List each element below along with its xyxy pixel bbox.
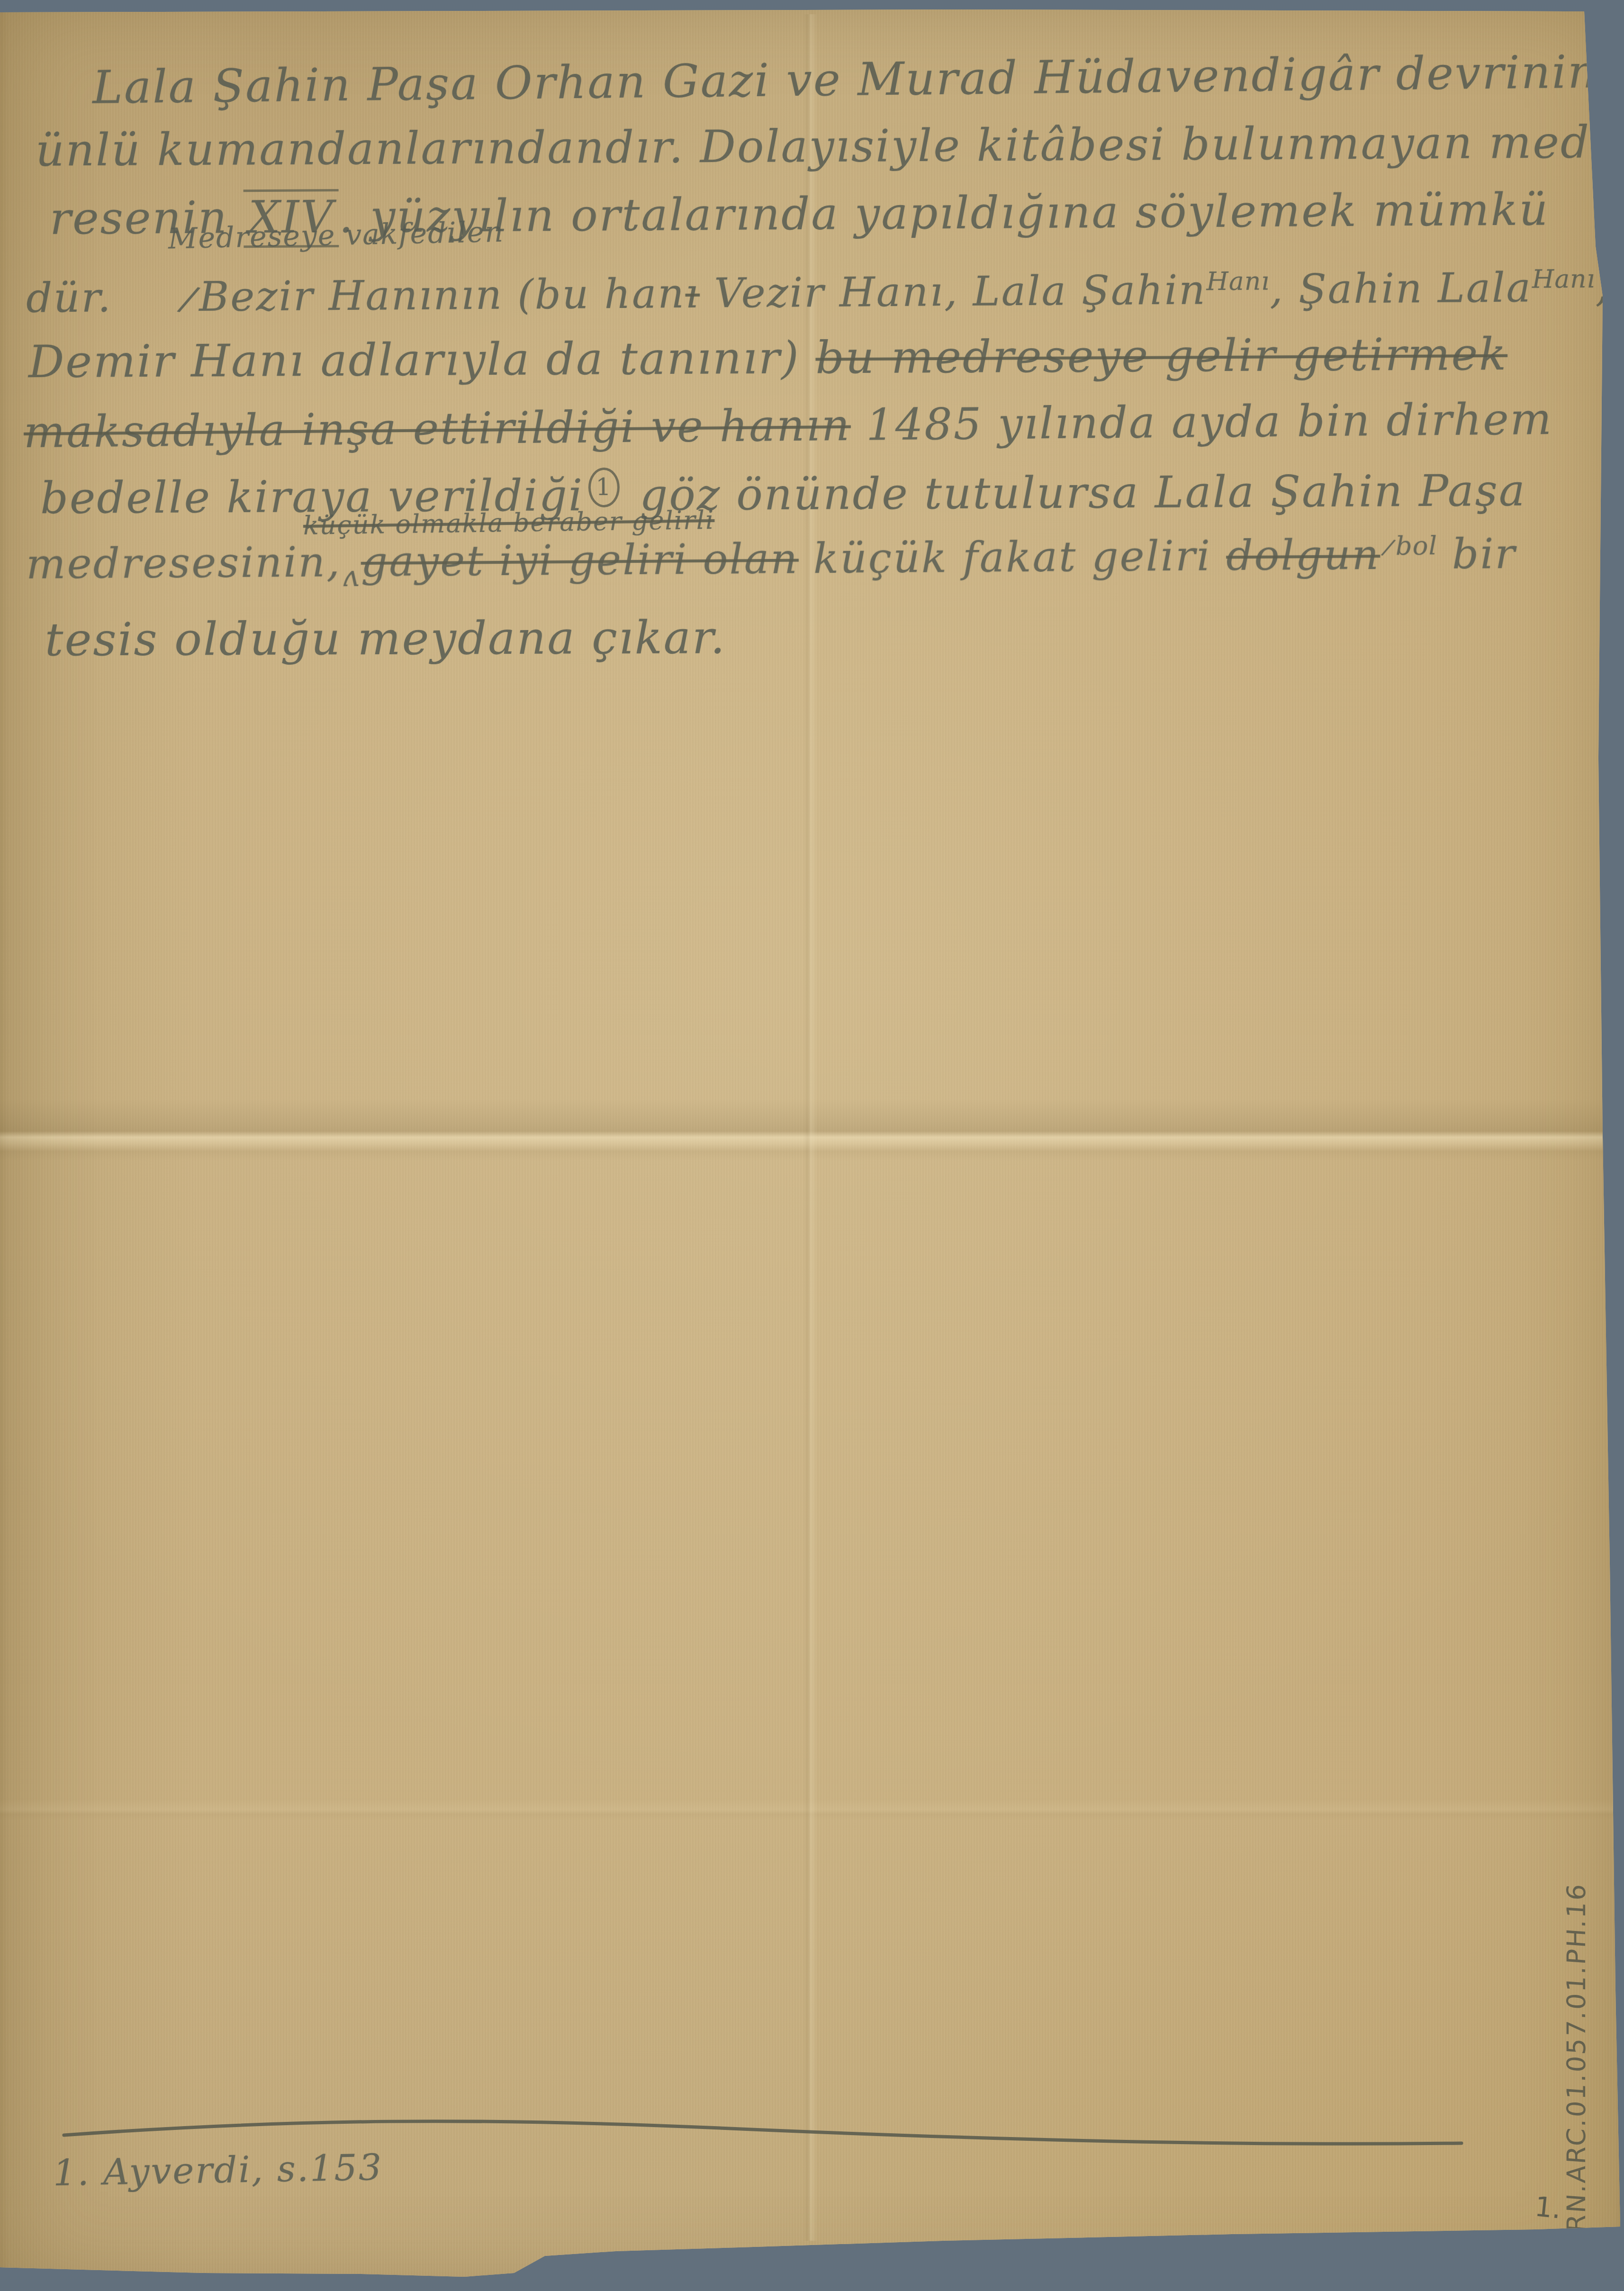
- line-text: tesis olduğu meydana çıkar.: [45, 611, 726, 666]
- line-text: göz önünde tutulursa Lala Şahin Paşa: [624, 465, 1526, 521]
- inserted-word-bol: ∕bol: [1380, 530, 1437, 561]
- struck-text: dolgun: [1226, 530, 1380, 580]
- handwritten-line-1: Lala Şahin Paşa Orhan Gazi ve Murad Hüda…: [92, 45, 1599, 114]
- line-text: Lala Şahin Paşa Orhan Gazi ve Murad Hüda…: [92, 45, 1599, 114]
- struck-text: ı: [685, 270, 700, 317]
- line-text: ,: [1595, 263, 1610, 311]
- line-text: . yüzyılın ortalarında yapıldığına söyle…: [339, 184, 1549, 243]
- superscript-hani: Hanı: [1206, 266, 1270, 296]
- archive-code-text: KRN.ARC.01.057.01.PH.16: [1561, 1882, 1591, 2252]
- handwritten-line-8: medresesinin,ʌgayet iyi geliri olan küçü…: [26, 529, 1516, 588]
- line-text: Vezir Hanı, Lala Şahin: [700, 266, 1207, 317]
- page-number-text: 1.: [1534, 2190, 1563, 2225]
- insertion-caret: ∕: [179, 278, 201, 320]
- line-text: bir: [1437, 529, 1516, 578]
- line-text: 1485 yılında ayda bin dirhem: [850, 394, 1553, 451]
- handwritten-line-2: ünlü kumandanlarındandır. Dolayısiyle ki…: [36, 117, 1607, 176]
- handwritten-line-6: maksadıyla inşa ettirildiği ve hanın 148…: [24, 394, 1553, 458]
- struck-text: bu medreseye gelir getirmek: [815, 329, 1507, 384]
- line-text: Demir Hanı adlarıyla da tanınır): [28, 332, 816, 388]
- inserted-text-above-line-4: Medreseye vakfedilen: [168, 216, 504, 256]
- insert-text: Medreseye vakfedilen: [168, 216, 504, 256]
- line-text: küçük fakat geliri: [799, 531, 1227, 583]
- footnote-text: 1. Ayverdi, s.153: [53, 2146, 383, 2194]
- handwritten-line-5: Demir Hanı adlarıyla da tanınır) bu medr…: [28, 329, 1508, 388]
- line-text: dür.: [26, 274, 112, 322]
- handwritten-line-4: dür.∕Bezir Hanının (bu hanı Vezir Hanı, …: [26, 263, 1610, 322]
- superscript-hani: Hanı: [1532, 264, 1596, 294]
- struck-text: gayet iyi geliri olan: [361, 534, 799, 586]
- handwritten-line-9: tesis olduğu meydana çıkar.: [45, 611, 726, 666]
- line-text: ünlü kumandanlarındandır. Dolayısiyle ki…: [36, 117, 1607, 176]
- page-number: 1.: [1534, 2190, 1563, 2225]
- insert-text: bol: [1396, 530, 1438, 561]
- line-text: 1. Ayverdi, s.153: [53, 2146, 383, 2194]
- archive-reference-code: KRN.ARC.01.057.01.PH.16: [1561, 1882, 1591, 2252]
- line-text: , Şahin Lala: [1270, 264, 1532, 313]
- struck-text: maksadıyla inşa ettirildiği ve hanın: [24, 400, 851, 458]
- insertion-caret: ʌ: [342, 559, 360, 593]
- circled-footnote-mark: 1: [588, 468, 620, 507]
- insertion-caret: ∕: [1382, 534, 1396, 560]
- line-text: Bezir Hanının (bu han: [199, 270, 686, 321]
- handwritten-line-7: bedelle kiraya verildiği1 göz önünde tut…: [40, 463, 1526, 523]
- manuscript-paper: Lala Şahin Paşa Orhan Gazi ve Murad Hüda…: [0, 0, 1624, 2291]
- line-text: medresesinin,: [26, 537, 342, 588]
